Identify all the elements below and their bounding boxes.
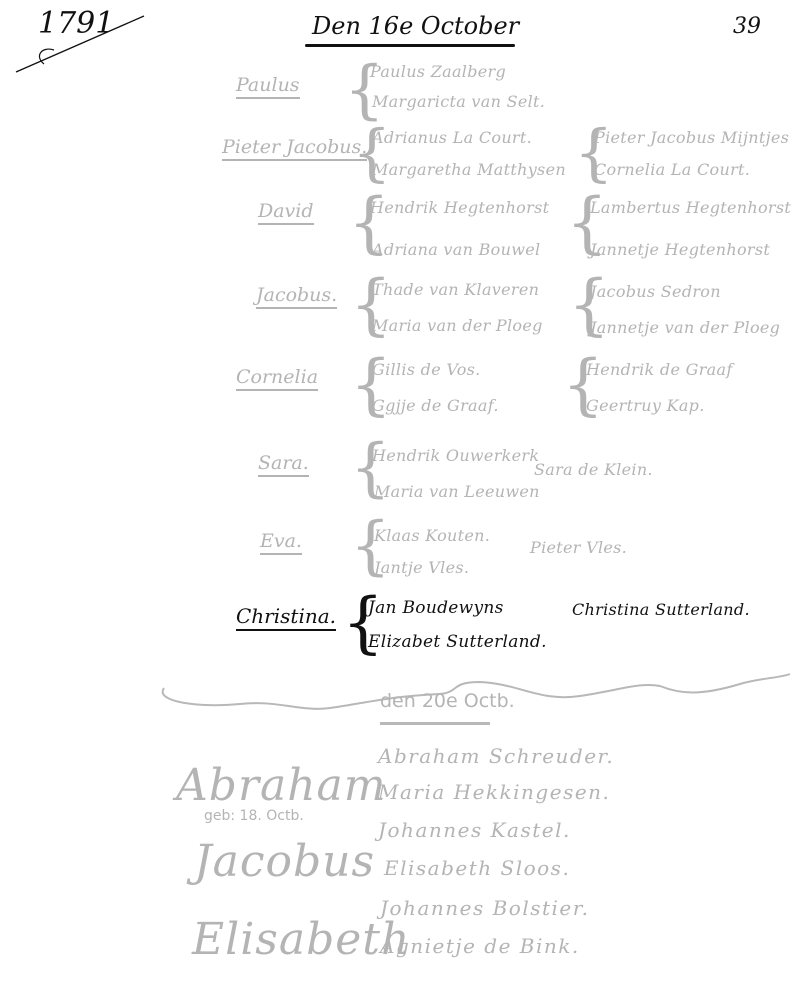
entry-witness: Sara de Klein. xyxy=(534,460,653,479)
entry-mother: Maria van Leeuwen xyxy=(374,482,540,501)
entry-child-name: Christina. xyxy=(236,604,336,628)
entry-child-name: Pieter Jacobus. xyxy=(222,136,367,158)
entry-child-name: Elisabeth xyxy=(192,914,410,965)
entry-mother: Elizabet Sutterland. xyxy=(368,632,547,652)
entry-child-name: Abraham xyxy=(176,760,387,811)
entry-child-name: David xyxy=(258,200,314,222)
entry-father: Johannes Bolstier. xyxy=(380,896,589,920)
entry-birth-note: geb: 18. Octb. xyxy=(204,808,304,824)
entry-father: Klaas Kouten. xyxy=(374,526,490,545)
entry-witness: Pieter Vles. xyxy=(530,538,627,557)
entry-witness: Pieter Jacobus Mijntjes xyxy=(594,128,789,147)
entry-witness: Lambertus Hegtenhorst xyxy=(590,198,791,217)
date-underline xyxy=(305,44,515,47)
register-page: 1791 Den 16e October 39 Paulus { Paulus … xyxy=(0,0,800,1000)
entry-father: Adrianus La Court. xyxy=(372,128,532,147)
entry-mother: Maria Hekkingesen. xyxy=(378,780,610,804)
entry-mother: Margaretha Matthysen xyxy=(372,160,566,179)
page-number: 39 xyxy=(733,14,761,39)
entry-witness: Jannetje Hegtenhorst xyxy=(590,240,770,259)
entry-mother: Agnietje de Bink. xyxy=(380,934,580,958)
entry-child-name: Sara. xyxy=(258,452,309,474)
entry-father: Jan Boudewyns xyxy=(368,598,504,618)
entry-mother: Ggjje de Graaf. xyxy=(372,396,499,415)
entry-father: Thade van Klaveren xyxy=(372,280,539,299)
entry-child-name: Cornelia xyxy=(236,366,318,388)
entry-father: Paulus Zaalberg xyxy=(370,62,506,81)
entry-father: Hendrik Hegtenhorst xyxy=(370,198,549,217)
entry-witness: Jacobus Sedron xyxy=(590,282,721,301)
entry-child-name: Eva. xyxy=(260,530,302,552)
entry-mother: Maria van der Ploeg xyxy=(372,316,543,335)
entry-mother: Elisabeth Sloos. xyxy=(384,856,570,880)
entry-witness: Christina Sutterland. xyxy=(572,600,750,619)
entry-mother: Margaricta van Selt. xyxy=(372,92,545,111)
entry-father: Johannes Kastel. xyxy=(378,818,571,842)
entry-witness: Geertruy Kap. xyxy=(586,396,705,415)
entry-father: Gillis de Vos. xyxy=(372,360,481,379)
entry-mother: Jantje Vles. xyxy=(374,558,469,577)
entry-father: Abraham Schreuder. xyxy=(378,744,614,768)
entry-witness: Jannetje van der Ploeg xyxy=(590,318,780,337)
date-heading: Den 16e October xyxy=(312,12,519,40)
section-date-underline xyxy=(380,722,490,725)
entry-father: Hendrik Ouwerkerk xyxy=(372,446,539,465)
entry-witness: Cornelia La Court. xyxy=(594,160,750,179)
entry-child-name: Paulus xyxy=(236,74,300,96)
entry-child-name: Jacobus xyxy=(194,836,375,887)
entry-mother: Adriana van Bouwel xyxy=(372,240,540,259)
section-date-heading: den 20e Octb. xyxy=(380,690,515,712)
year: 1791 xyxy=(38,6,114,41)
entry-witness: Hendrik de Graaf xyxy=(586,360,733,379)
entry-child-name: Jacobus. xyxy=(256,284,337,306)
